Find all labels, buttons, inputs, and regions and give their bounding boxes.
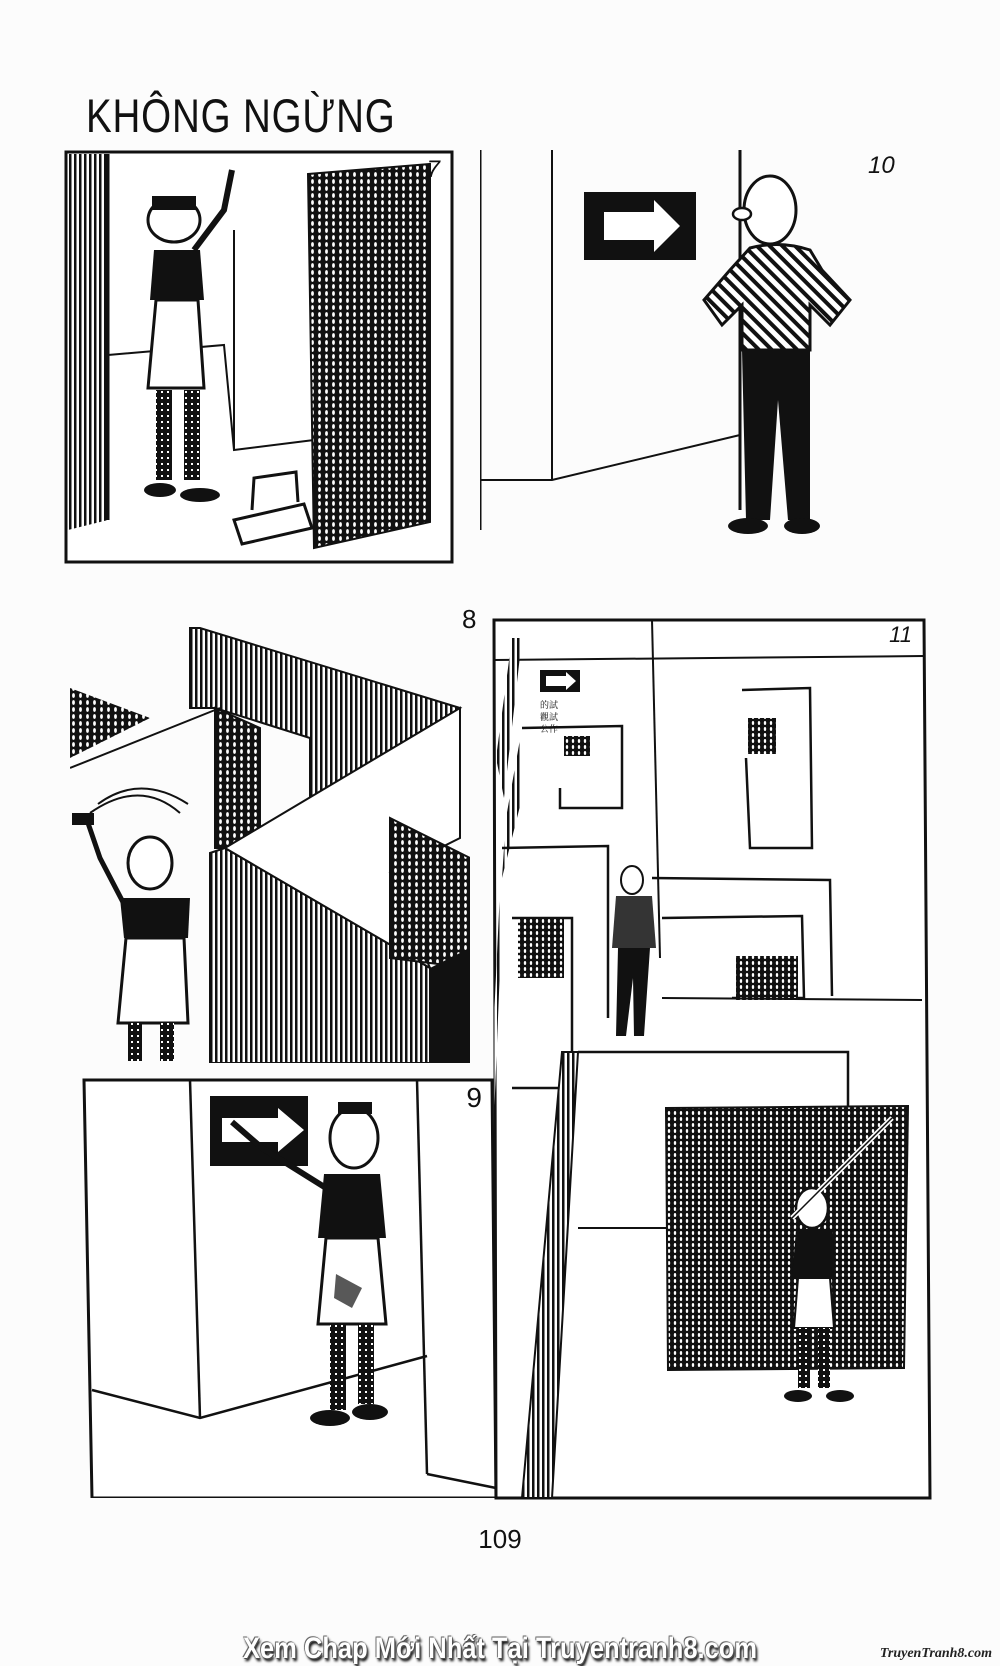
panel-11-art: 的試 觀試 公作 <box>492 618 932 1500</box>
panel11-sign-text: 的試 <box>540 699 558 711</box>
promo-banner-link[interactable]: Xem Chap Mới Nhất Tại Truyentranh8.com <box>75 1632 925 1666</box>
panel-number-7: 7 <box>427 156 440 184</box>
panel-number-8: 8 <box>462 604 476 635</box>
panel-9-art <box>82 1078 502 1498</box>
panel-7: 7 <box>64 150 454 564</box>
panel-8-art <box>70 608 470 1063</box>
panel-11: 的試 觀試 公作 11 <box>492 618 932 1500</box>
panel-10: 10 <box>480 150 930 580</box>
panel-number-10: 10 <box>868 152 895 180</box>
page-number: 109 <box>0 1524 1000 1555</box>
page-title: KHÔNG NGỪNG <box>86 88 396 143</box>
watermark: TruyenTranh8.com <box>880 1646 992 1662</box>
panel-number-11: 11 <box>889 622 912 648</box>
panel-9: 9 <box>82 1078 502 1498</box>
panel-7-art <box>64 150 454 564</box>
svg-text:公作: 公作 <box>540 723 558 735</box>
panel-8: 8 <box>70 608 470 1063</box>
svg-text:觀試: 觀試 <box>540 711 558 723</box>
panel-10-art <box>480 150 930 580</box>
panel-number-9: 9 <box>466 1082 482 1114</box>
